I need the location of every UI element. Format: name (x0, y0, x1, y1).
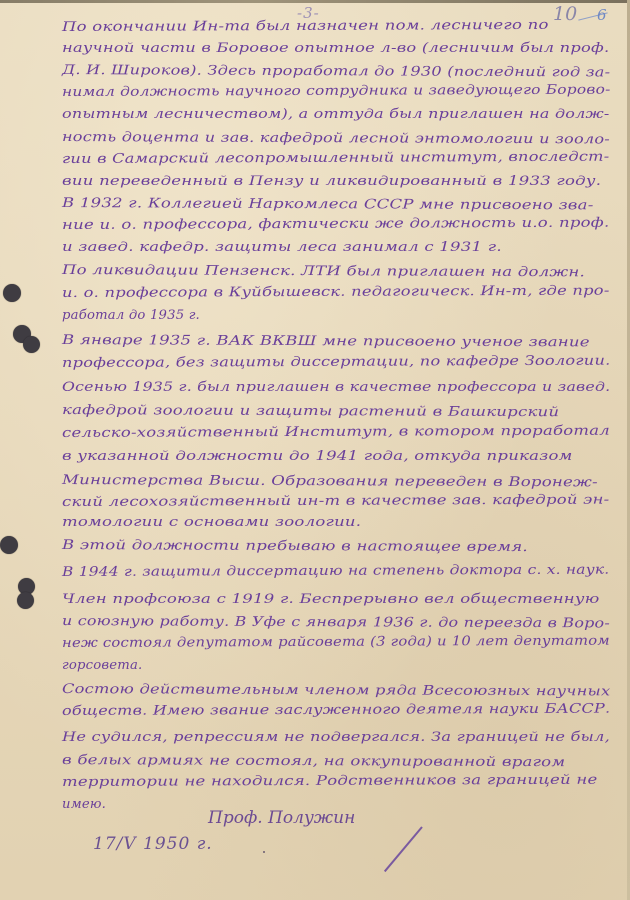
text-line: и союзную работу. В Уфе с января 1936 г.… (62, 614, 610, 631)
text-line: сельско-хозяйственный Институт, в которо… (62, 424, 610, 441)
text-line: территории не находился. Родственников з… (62, 773, 598, 790)
text-line: кафедрой зоологии и защиты растений в Ба… (62, 403, 559, 420)
text-line: работал до 1935 г. (62, 308, 200, 323)
text-line: в указанной должности до 1941 года, отку… (62, 449, 573, 464)
punch-hole-icon (23, 336, 40, 353)
text-line: Член профсоюза с 1919 г. Беспрерывно вел… (62, 592, 600, 607)
punch-hole-icon (3, 284, 21, 302)
text-line: ность доцента и зав. кафедрой лесной энт… (62, 130, 610, 147)
document-page: -3- 10 6 По окончании Ин-та был назначен… (0, 0, 630, 900)
text-line: По ликвидации Пензенск. ЛТИ был приглаше… (62, 263, 585, 280)
text-line: Д. И. Широков). Здесь проработал до 1930… (62, 63, 610, 80)
text-line: обществ. Имею звание заслуженного деятел… (62, 702, 610, 719)
scan-top-edge (0, 0, 630, 3)
date: 17/V 1950 г. (93, 834, 213, 854)
text-line: вии переведенный в Пензу и ликвидированн… (62, 174, 601, 189)
text-line: Не судился, репрессиям не подвергался. З… (62, 730, 610, 745)
text-line: гии в Самарский лесопромышленный институ… (62, 150, 609, 167)
text-line: Состою действительным членом ряда Всесою… (62, 682, 610, 699)
text-line: неж состоял депутатом райсовета (3 года)… (62, 634, 610, 651)
text-line: По окончании Ин-та был назначен пом. лес… (62, 18, 549, 35)
text-line: и завед. кафедр. защиты леса занимал с 1… (62, 240, 502, 255)
text-line: в белых армиях не состоял, на оккупирова… (62, 753, 565, 770)
text-line: профессора, без защиты диссертации, по к… (62, 354, 611, 371)
text-line: Министерства Высш. Образования переведен… (62, 473, 598, 490)
text-line: ский лесохозяйственный ин-т в качестве з… (62, 493, 610, 510)
text-line: имею. (62, 797, 106, 812)
archive-sheet-number-old: 6 (597, 6, 607, 24)
text-line: горсовета. (62, 658, 142, 673)
text-line: и. о. профессора в Куйбышевск. педагогич… (62, 284, 610, 301)
punch-hole-icon (0, 536, 18, 554)
text-line: В этой должности пребываю в настоящее вр… (62, 538, 528, 555)
text-line: опытным лесничеством), а оттуда был приг… (62, 107, 610, 122)
text-line: В 1944 г. защитил диссертацию на степень… (62, 563, 609, 580)
text-line: томологии с основами зоологии. (62, 515, 361, 530)
text-line: научной части в Боровое опытное л-во (ле… (62, 41, 609, 56)
text-line: ние и. о. профессора, фактически же долж… (62, 216, 610, 233)
text-line: Осенью 1935 г. был приглашен в качестве … (62, 380, 610, 395)
signature: Проф. Полужин (208, 808, 355, 828)
text-line: нимал должность научного сотрудника и за… (62, 83, 611, 100)
text-line: В январе 1935 г. ВАК ВКВШ мне присвоено … (62, 333, 590, 350)
archive-sheet-number: 10 (553, 3, 577, 25)
signature-flourish (384, 826, 423, 872)
text-line: В 1932 г. Коллегией Наркомлеса СССР мне … (62, 196, 594, 213)
ink-dot (263, 851, 265, 853)
punch-hole-icon (17, 592, 34, 609)
